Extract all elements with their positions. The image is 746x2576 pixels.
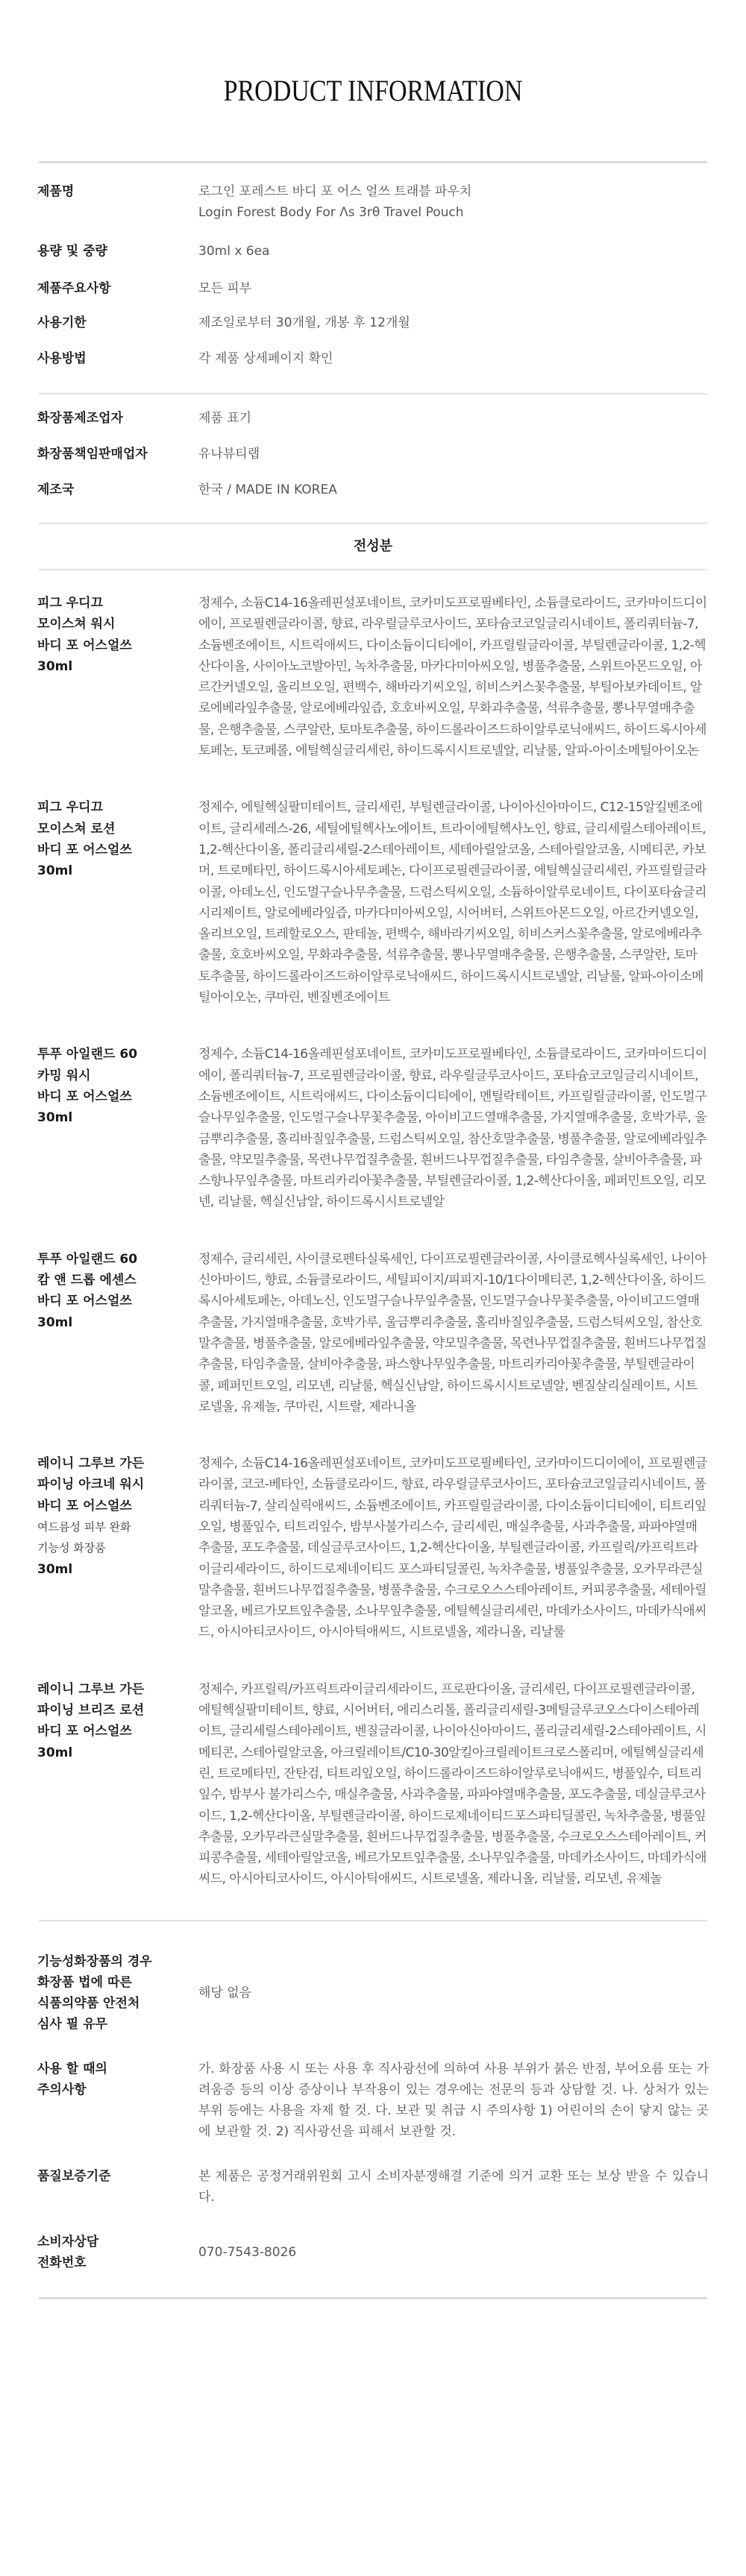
basic-info-table: 제품명 로그인 포레스트 바디 포 어스 얼쓰 트래블 파우치 Login Fo… xyxy=(37,163,709,380)
product-name-line: 바디 포 어스얼쓰 xyxy=(37,635,198,656)
info-label: 화장품책임판매업자 xyxy=(37,444,198,465)
product-label: 레이니 그루브 가든 파이닝 아크네 워시 바디 포 어스얼쓰 여드름성 피부 … xyxy=(37,1453,198,1580)
info-row-expiry: 사용기한 제조일로부터 30개월, 개봉 후 12개월 xyxy=(37,309,709,344)
notice-value: 가. 화장품 사용 시 또는 사용 후 직사광선에 의하여 사용 부위가 붉은 … xyxy=(198,2059,709,2142)
product-name-line: 바디 포 어스얼쓰 xyxy=(37,1496,198,1517)
product-function-note: 여드름성 피부 완화 xyxy=(37,1517,198,1537)
info-value: 로그인 포레스트 바디 포 어스 얼쓰 트래블 파우치 Login Forest… xyxy=(198,181,709,223)
ingredient-text: 정제수, 소듐C14-16올레핀설포네이트, 코카미도프로필베타인, 코카마이드… xyxy=(198,1453,709,1643)
product-label: 투푸 아일랜드 60 카밍 워시 바디 포 어스얼쓰 30ml xyxy=(37,1044,198,1128)
product-name-line: 바디 포 어스얼쓰 xyxy=(37,1291,198,1311)
notice-label: 기능성화장품의 경우 화장품 법에 따른 식품의약품 안전처 심사 필 유무 xyxy=(37,1951,198,2035)
notice-label: 소비자상담 전화번호 xyxy=(37,2232,198,2273)
info-label: 제품명 xyxy=(37,181,198,202)
notice-row-functional-review: 기능성화장품의 경우 화장품 법에 따른 식품의약품 안전처 심사 필 유무 해… xyxy=(37,1951,709,2035)
product-name-english: Login Forest Body For Λs 3rθ Travel Pouc… xyxy=(198,202,709,223)
info-row-skin-type: 제품주요사항 모든 피부 xyxy=(37,275,709,309)
info-value: 모든 피부 xyxy=(198,278,709,299)
ingredient-row: 투푸 아일랜드 60 카밍 워시 바디 포 어스얼쓰 30ml 정제수, 소듐C… xyxy=(37,1044,709,1212)
product-label: 레이니 그루브 가든 파이닝 브리즈 로션 바디 포 어스얼쓰 30ml xyxy=(37,1679,198,1763)
product-volume: 30ml xyxy=(37,656,198,677)
product-name-line: 모이스쳐 워시 xyxy=(37,614,198,634)
product-name-line: 투푸 아일랜드 60 xyxy=(37,1044,198,1065)
info-label: 제조국 xyxy=(37,479,198,500)
info-value: 제품 표기 xyxy=(198,408,709,429)
notice-label-line: 기능성화장품의 경우 xyxy=(37,1951,198,1972)
notice-label-line: 전화번호 xyxy=(37,2252,198,2273)
product-volume: 30ml xyxy=(37,1742,198,1763)
notice-row-phone: 소비자상담 전화번호 070-7543-8026 xyxy=(37,2232,709,2273)
notice-label-line: 사용 할 때의 xyxy=(37,2059,198,2079)
ingredient-row: 레이니 그루브 가든 파이닝 아크네 워시 바디 포 어스얼쓰 여드름성 피부 … xyxy=(37,1453,709,1643)
product-volume: 30ml xyxy=(37,1107,198,1128)
product-name-line: 바디 포 어스얼쓰 xyxy=(37,1086,198,1107)
info-label: 제품주요사항 xyxy=(37,278,198,299)
ingredient-text: 정제수, 카프릴릭/카프릭트라이글리세라이드, 프로판다이올, 글리세린, 다이… xyxy=(198,1679,709,1890)
info-value: 한국 / MADE IN KOREA xyxy=(198,479,709,500)
ingredient-text: 정제수, 에틸헥실팔미테이트, 글리세린, 부틸렌글라이콜, 나이아신아마이드,… xyxy=(198,797,709,1008)
product-name-line: 캄 앤 드롭 에센스 xyxy=(37,1270,198,1291)
info-label: 사용기한 xyxy=(37,312,198,333)
info-value: 30ml x 6ea xyxy=(198,241,709,262)
notice-label: 품질보증기준 xyxy=(37,2166,198,2187)
product-info-page: PRODUCT INFORMATION 제품명 로그인 포레스트 바디 포 어스… xyxy=(0,0,746,2299)
ingredient-text: 정제수, 글리세린, 사이클로펜타실록세인, 다이프로필렌글라이콜, 사이클로헥… xyxy=(198,1249,709,1417)
notice-label-line: 소비자상담 xyxy=(37,2232,198,2252)
info-value: 제조일로부터 30개월, 개봉 후 12개월 xyxy=(198,312,709,333)
info-row-capacity: 용량 및 중량 30ml x 6ea xyxy=(37,238,709,272)
product-volume: 30ml xyxy=(37,860,198,881)
product-name-line: 파이닝 브리즈 로션 xyxy=(37,1700,198,1721)
notice-label-line: 품질보증기준 xyxy=(37,2166,198,2187)
info-row-seller: 화장품책임판매업자 유나뷰티랩 xyxy=(37,441,709,475)
ingredient-row: 레이니 그루브 가든 파이닝 브리즈 로션 바디 포 어스얼쓰 30ml 정제수… xyxy=(37,1679,709,1890)
info-label: 사용방법 xyxy=(37,348,198,369)
product-volume: 30ml xyxy=(37,1312,198,1333)
ingredients-list: 피그 우디끄 모이스쳐 워시 바디 포 어스얼쓰 30ml 정제수, 소듐C14… xyxy=(37,570,709,1890)
product-name-line: 파이닝 아크네 워시 xyxy=(37,1474,198,1495)
notice-label-line: 심사 필 유무 xyxy=(37,2014,198,2035)
info-row-usage: 사용방법 각 제품 상세페이지 확인 xyxy=(37,345,709,380)
bottom-divider xyxy=(39,2297,707,2299)
notice-row-precautions: 사용 할 때의 주의사항 가. 화장품 사용 시 또는 사용 후 직사광선에 의… xyxy=(37,2059,709,2142)
notice-value: 해당 없음 xyxy=(198,1983,709,2003)
product-label: 피그 우디끄 모이스쳐 로션 바디 포 어스얼쓰 30ml xyxy=(37,797,198,881)
notice-label-line: 화장품 법에 따른 xyxy=(37,1972,198,1993)
product-label: 피그 우디끄 모이스쳐 워시 바디 포 어스얼쓰 30ml xyxy=(37,593,198,677)
product-volume: 30ml xyxy=(37,1559,198,1580)
product-name-line: 카밍 워시 xyxy=(37,1065,198,1086)
notice-row-quality: 품질보증기준 본 제품은 공정거래위원회 고시 소비자분쟁해결 기준에 의거 교… xyxy=(37,2166,709,2208)
notice-value: 본 제품은 공정거래위원회 고시 소비자분쟁해결 기준에 의거 교환 또는 보상… xyxy=(198,2166,709,2208)
ingredient-text: 정제수, 소듐C14-16올레핀설포네이트, 코카미도프로필베타인, 소듐클로라… xyxy=(198,593,709,761)
notice-label-line: 식품의약품 안전처 xyxy=(37,1993,198,2014)
product-function-note: 기능성 화장품 xyxy=(37,1537,198,1558)
product-name-line: 투푸 아일랜드 60 xyxy=(37,1249,198,1270)
product-name-korean: 로그인 포레스트 바디 포 어스 얼쓰 트래블 파우치 xyxy=(198,181,709,202)
ingredients-heading: 전성분 xyxy=(37,524,709,569)
info-row-country: 제조국 한국 / MADE IN KOREA xyxy=(37,476,709,511)
notice-table: 기능성화장품의 경우 화장품 법에 따른 식품의약품 안전처 심사 필 유무 해… xyxy=(37,1921,709,2273)
ingredient-row: 피그 우디끄 모이스쳐 워시 바디 포 어스얼쓰 30ml 정제수, 소듐C14… xyxy=(37,593,709,761)
ingredient-row: 피그 우디끄 모이스쳐 로션 바디 포 어스얼쓰 30ml 정제수, 에틸헥실팔… xyxy=(37,797,709,1008)
info-value: 유나뷰티랩 xyxy=(198,444,709,465)
product-label: 투푸 아일랜드 60 캄 앤 드롭 에센스 바디 포 어스얼쓰 30ml xyxy=(37,1249,198,1333)
info-label: 화장품제조업자 xyxy=(37,408,198,429)
notice-label: 사용 할 때의 주의사항 xyxy=(37,2059,198,2100)
page-title: PRODUCT INFORMATION xyxy=(88,0,659,161)
product-name-line: 피그 우디끄 xyxy=(37,593,198,614)
product-name-line: 레이니 그루브 가든 xyxy=(37,1453,198,1474)
notice-label-line: 주의사항 xyxy=(37,2079,198,2100)
product-name-line: 모이스쳐 로션 xyxy=(37,819,198,840)
product-name-line: 피그 우디끄 xyxy=(37,797,198,818)
product-name-line: 레이니 그루브 가든 xyxy=(37,1679,198,1700)
info-row-manufacturer: 화장품제조업자 제품 표기 xyxy=(37,405,709,439)
ingredient-row: 투푸 아일랜드 60 캄 앤 드롭 에센스 바디 포 어스얼쓰 30ml 정제수… xyxy=(37,1249,709,1417)
customer-phone: 070-7543-8026 xyxy=(198,2242,709,2263)
product-name-line: 바디 포 어스얼쓰 xyxy=(37,840,198,860)
info-label: 용량 및 중량 xyxy=(37,241,198,262)
company-info-table: 화장품제조업자 제품 표기 화장품책임판매업자 유나뷰티랩 제조국 한국 / M… xyxy=(37,394,709,511)
product-name-line: 바디 포 어스얼쓰 xyxy=(37,1721,198,1742)
info-value: 각 제품 상세페이지 확인 xyxy=(198,348,709,369)
info-row-product-name: 제품명 로그인 포레스트 바디 포 어스 얼쓰 트래블 파우치 Login Fo… xyxy=(37,178,709,232)
ingredient-text: 정제수, 소듐C14-16올레핀설포네이트, 코카미도프로필베타인, 소듐클로라… xyxy=(198,1044,709,1212)
